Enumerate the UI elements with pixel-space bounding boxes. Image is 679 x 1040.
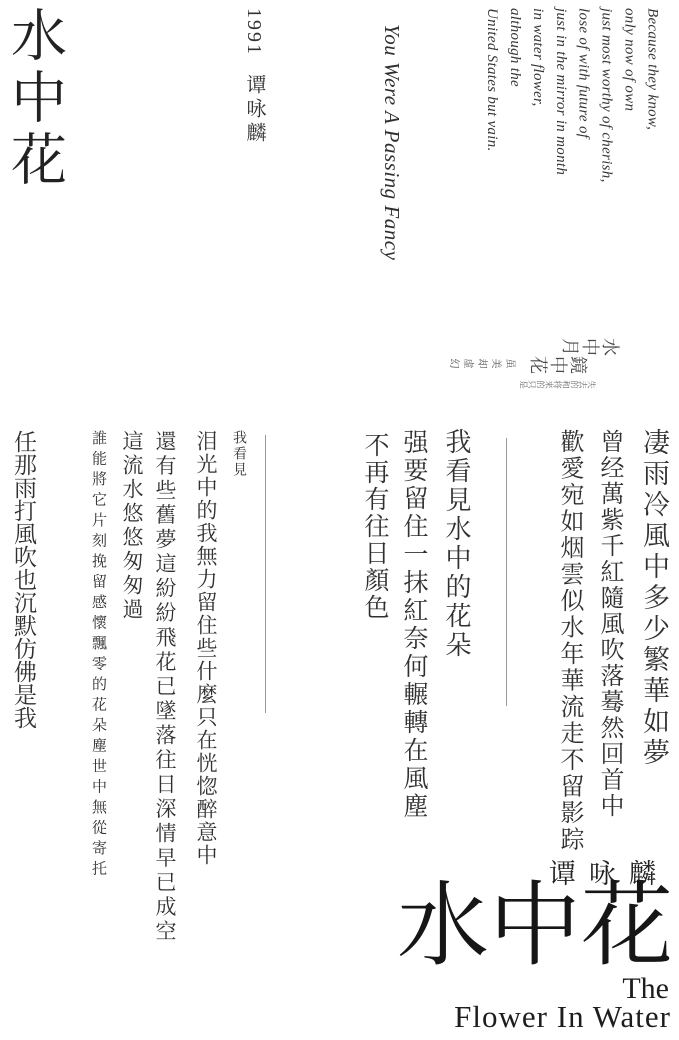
english-poem-line: in water flower, (526, 8, 549, 233)
page-title-vertical: 水中花 (6, 6, 62, 192)
annotation-side-note: 虽美却虚幻 (446, 356, 516, 366)
footer-title-english-line2: Flower In Water (454, 999, 671, 1035)
english-poem-line: only now of own (618, 8, 641, 233)
annotation-flower-in-mirror: 鏡中花 (528, 355, 588, 373)
lyric-column: 凄雨冷風中多少繁華如夢 (640, 428, 667, 769)
english-poem-line: just in the mirror in month (549, 8, 572, 233)
artist-name-top: 谭咏麟 (244, 74, 264, 146)
english-poem-line: Because they know, (641, 8, 664, 233)
lyric-column: 曾经萬紫千紅隨風吹落蓦然回首中 (597, 429, 621, 819)
lyric-column-small: 我看見 (231, 430, 245, 478)
lyric-column: 我看見水中的花朵 (443, 428, 469, 660)
lyric-column: 泪光中的我無力留住些什麼只在恍惚醉意中 (195, 430, 216, 867)
vertical-divider (506, 438, 507, 706)
english-poem-line: United States but vain. (480, 8, 503, 233)
lyric-column: 歡愛宛如烟雲似水年華流走不留影踪 (557, 429, 581, 853)
lyric-column: 不再有往日顏色 (362, 432, 387, 621)
poster-canvas: 水中花 1991 谭咏麟 You Were A Passing Fancy Be… (0, 0, 679, 1040)
lyric-column: 這流水悠悠匆匆過 (121, 430, 142, 622)
lyric-column: 任那雨打風吹也沉默仿佛是我 (12, 430, 35, 729)
english-poem-block: Because they know, only now of own just … (480, 8, 664, 233)
lyric-column-small: 誰能將它片刻挽留感懷飄零的花朵塵世中無從寄托 (90, 430, 105, 881)
english-subtitle-rotated: You Were A Passing Fancy (381, 24, 402, 260)
lyric-column: 强要留住一抹紅奈何輾轉在風塵 (401, 429, 426, 821)
english-poem-line: lose of with future of (572, 8, 595, 233)
english-poem-line: just most worthy of cherish, (595, 8, 618, 233)
annotation-moon-in-water: 水中月 (560, 337, 620, 355)
footer-title-chinese: 水中花 (397, 880, 673, 972)
lyric-column: 還有些舊夢這紛紛飛花已墜落往日深情早已成空 (154, 430, 175, 945)
english-poem-line: although the (503, 8, 526, 233)
year-label: 1991 (244, 8, 264, 56)
vertical-divider (265, 435, 266, 713)
annotation-tiny-note: 失去的和将来的只是 (520, 380, 597, 389)
